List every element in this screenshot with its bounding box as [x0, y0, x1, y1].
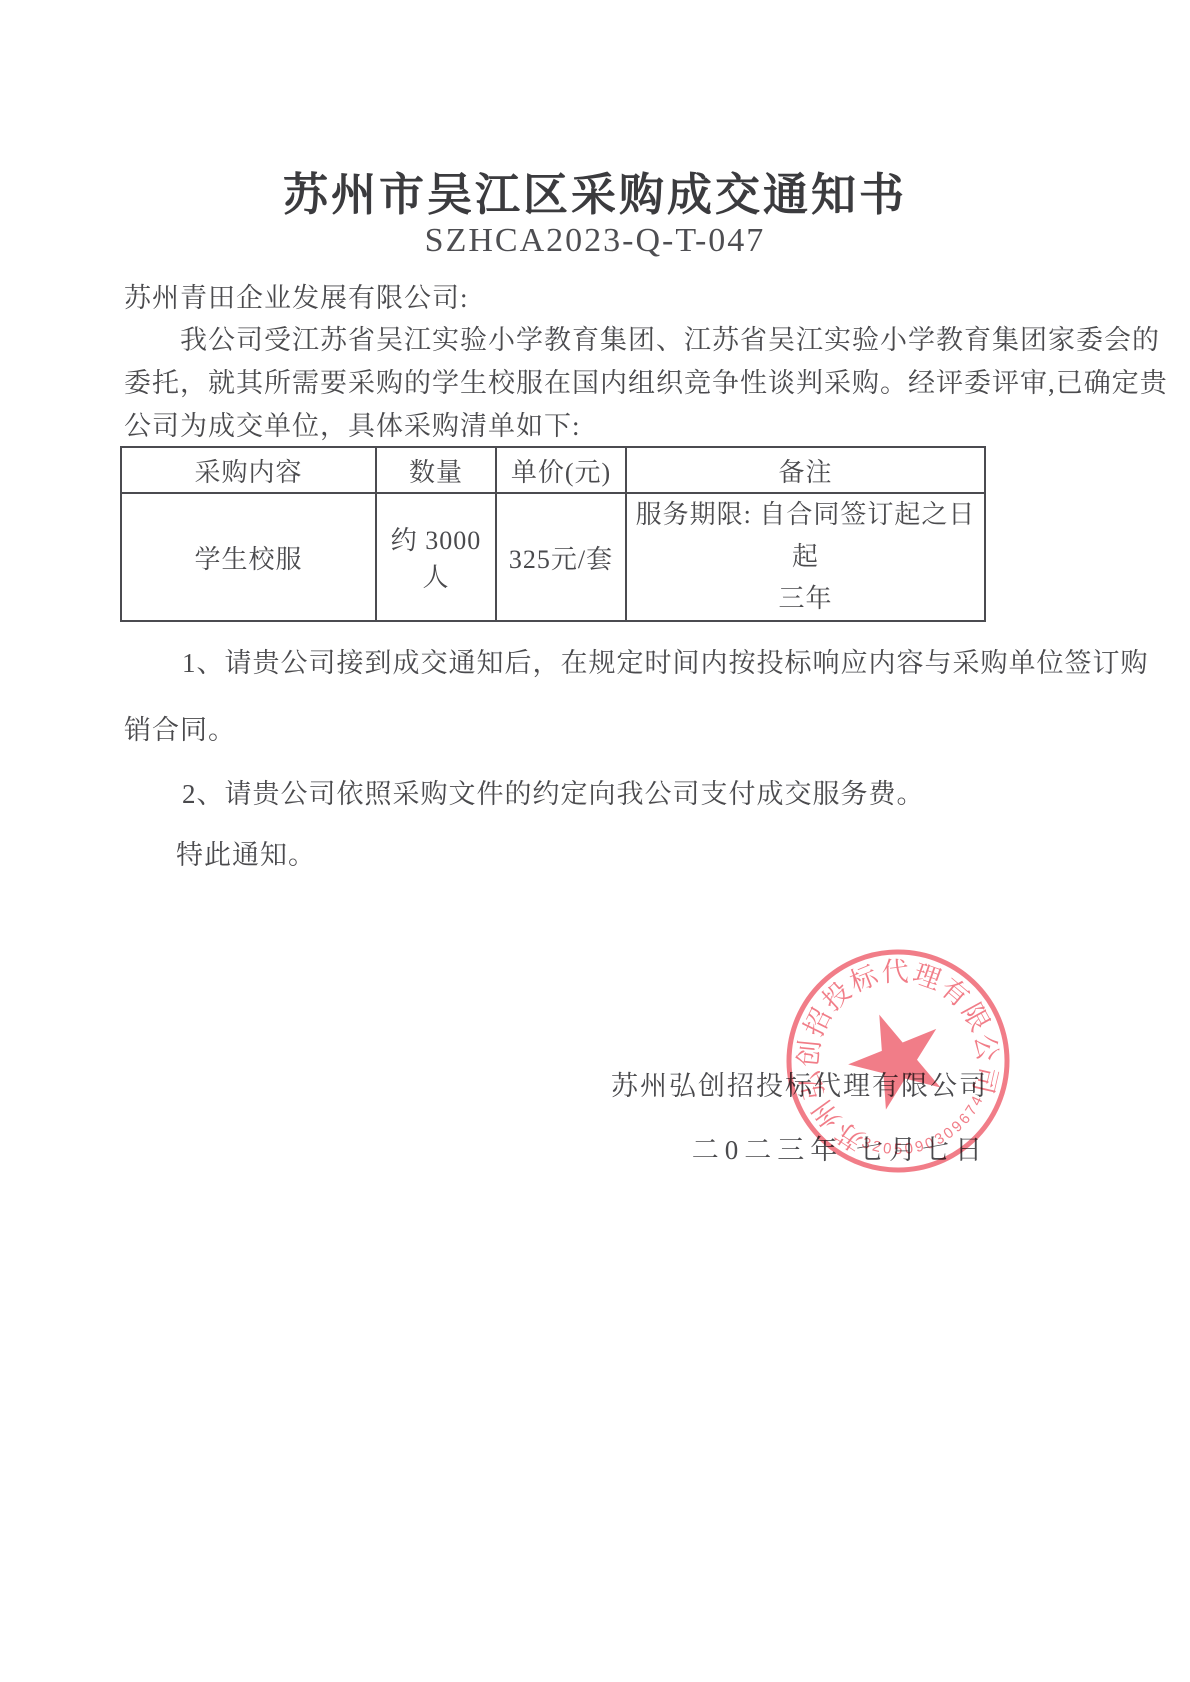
header-remark: 备注 — [626, 447, 985, 493]
clause1-line1: 1、请贵公司接到成交通知后，在规定时间内按投标响应内容与采购单位签订购 — [124, 641, 1149, 680]
remark-line1: 服务期限: 自合同签订起之日起 — [633, 494, 978, 578]
remark-line2: 三年 — [633, 578, 978, 620]
company-seal-stamp: 苏州弘创招投标代理有限公司 3205090309674 — [781, 944, 1015, 1178]
svg-text:3205090309674: 3205090309674 — [855, 1087, 999, 1177]
cell-remark: 服务期限: 自合同签订起之日起 三年 — [626, 493, 985, 621]
closing-line: 特此通知。 — [176, 833, 316, 872]
intro-paragraph-line2: 委托，就其所需要采购的学生校服在国内组织竞争性谈判采购。经评委评审,已确定贵 — [124, 361, 1168, 400]
clause2: 2、请贵公司依照采购文件的约定向我公司支付成交服务费。 — [124, 772, 925, 811]
notice-document-page: 苏州市吴江区采购成交通知书 SZHCA2023-Q-T-047 苏州青田企业发展… — [0, 0, 1190, 1682]
document-number: SZHCA2023-Q-T-047 — [0, 222, 1190, 260]
clause1-line2: 销合同。 — [124, 708, 236, 747]
cell-item: 学生校服 — [121, 493, 376, 621]
cell-quantity: 约 3000 人 — [376, 493, 496, 621]
intro-paragraph-line1: 我公司受江苏省吴江实验小学教育集团、江苏省吴江实验小学教育集团家委会的 — [124, 318, 1160, 357]
table-row: 学生校服 约 3000 人 325元/套 服务期限: 自合同签订起之日起 三年 — [121, 493, 985, 621]
seal-star-icon — [835, 997, 957, 1116]
header-unit-price: 单价(元) — [496, 447, 626, 493]
header-quantity: 数量 — [376, 447, 496, 493]
purchase-table: 采购内容 数量 单价(元) 备注 学生校服 约 3000 人 325元/套 服务… — [120, 446, 986, 622]
cell-unit-price: 325元/套 — [496, 493, 626, 621]
intro-paragraph-line3: 公司为成交单位，具体采购清单如下: — [124, 404, 581, 443]
seal-code-arc-text: 3205090309674 — [855, 1087, 999, 1177]
table-header-row: 采购内容 数量 单价(元) 备注 — [121, 447, 985, 493]
header-purchase-content: 采购内容 — [121, 447, 376, 493]
addressee-line: 苏州青田企业发展有限公司: — [124, 276, 469, 315]
page-title: 苏州市吴江区采购成交通知书 — [0, 158, 1190, 223]
